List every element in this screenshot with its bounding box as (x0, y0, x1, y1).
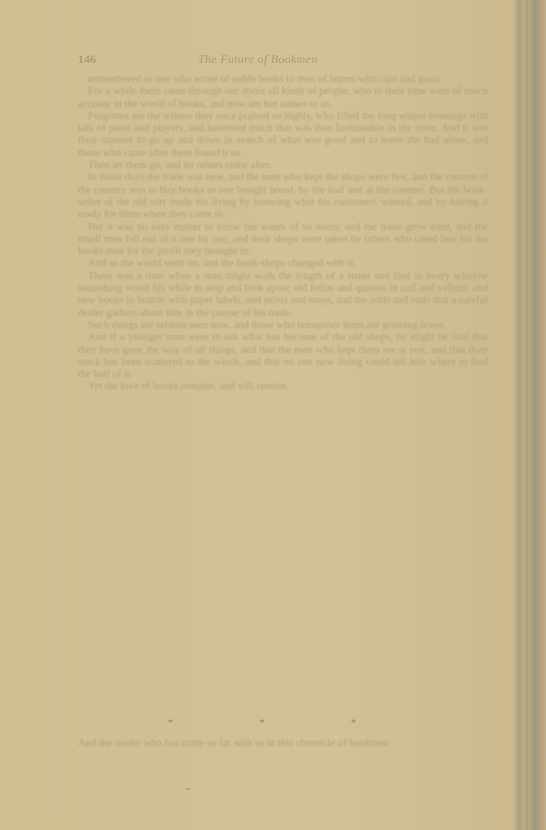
page-number: 146 (78, 52, 96, 67)
book-gutter (528, 0, 546, 830)
section-separator: * * * (78, 718, 488, 729)
book-page: 146 The Future of Bookmen remembered as … (0, 0, 546, 830)
paragraph: For a while there came through our doors… (78, 86, 488, 111)
paragraph: There was a time when a man might walk t… (78, 271, 488, 320)
final-line: And the reader who has come so far with … (78, 738, 488, 750)
paragraph: Yet the love of books remains, and will … (78, 381, 488, 393)
page-header: 146 The Future of Bookmen (78, 52, 498, 68)
stray-ink-mark (186, 788, 190, 790)
paragraph: Such things are seldom seen now, and tho… (78, 320, 488, 332)
paragraph: And so the world went on, and the book-s… (78, 258, 488, 270)
paragraph: In those days the trade was new, and the… (78, 172, 488, 221)
paragraph: remembered as one who wrote of noble boo… (78, 74, 488, 86)
paragraph: And if a younger man were to ask what ha… (78, 332, 488, 381)
paragraph: Forgotten are the writers they once prai… (78, 111, 488, 160)
body-text: remembered as one who wrote of noble boo… (78, 74, 488, 394)
paragraph: Then let them go, and let others come af… (78, 160, 488, 172)
running-title: The Future of Bookmen (198, 52, 318, 67)
paragraph: But it was no easy matter to know the wa… (78, 222, 488, 259)
